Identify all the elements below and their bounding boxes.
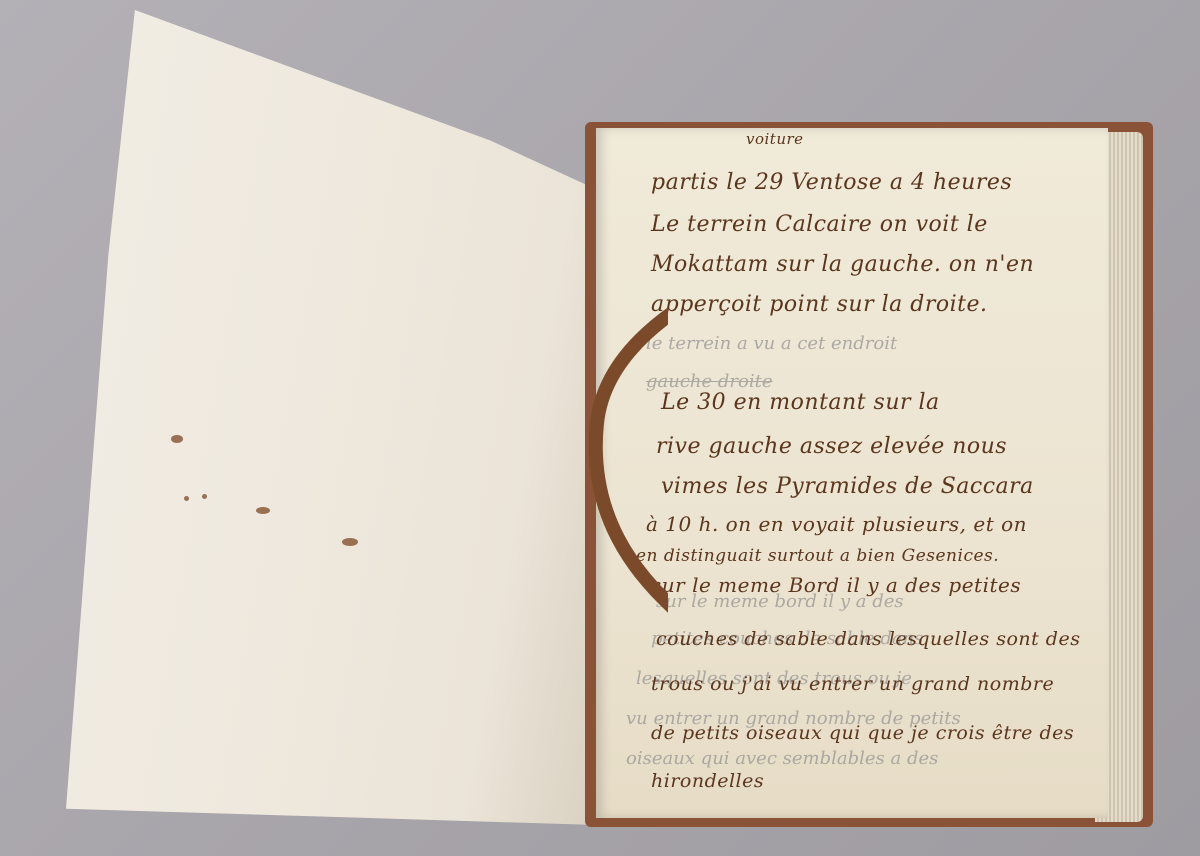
ink-stain	[256, 507, 270, 514]
ink-line: Le 30 en montant sur la	[661, 390, 940, 415]
ink-line: en distinguait surtout a bien Gesenices.	[636, 546, 999, 566]
ink-line: partis le 29 Ventose a 4 heures	[651, 170, 1012, 195]
ink-stain	[202, 494, 207, 499]
ink-line: vimes les Pyramides de Saccara	[661, 474, 1034, 499]
superscript-word: voiture	[746, 130, 804, 148]
pencil-line: le terrein a vu a cet endroit	[646, 333, 897, 354]
ink-line: à 10 h. on en voyait plusieurs, et on	[646, 512, 1027, 536]
ink-line: Le terrein Calcaire on voit le	[651, 212, 988, 237]
ink-line: sur le meme Bord il y a des petites	[651, 573, 1021, 597]
ink-stain	[184, 496, 189, 501]
ink-line: apperçoit point sur la droite.	[651, 292, 987, 317]
ink-stain	[342, 538, 358, 546]
ink-stain	[171, 435, 183, 443]
ink-line: trous ou j'ai vu entrer un grand nombre	[651, 673, 1054, 695]
handwritten-page: voiture le terrein a vu a cet endroit ga…	[596, 128, 1108, 818]
ink-line: Mokattam sur la gauche. on n'en	[651, 252, 1034, 277]
ink-line: couches de sable dans lesquelles sont de…	[656, 628, 1080, 650]
ink-line: de petits oiseaux qui que je crois être …	[651, 722, 1074, 744]
bookmark-ribbon	[508, 124, 668, 850]
pencil-line: oiseaux qui avec semblables a des	[626, 748, 938, 769]
ink-line: rive gauche assez elevée nous	[656, 434, 1007, 459]
